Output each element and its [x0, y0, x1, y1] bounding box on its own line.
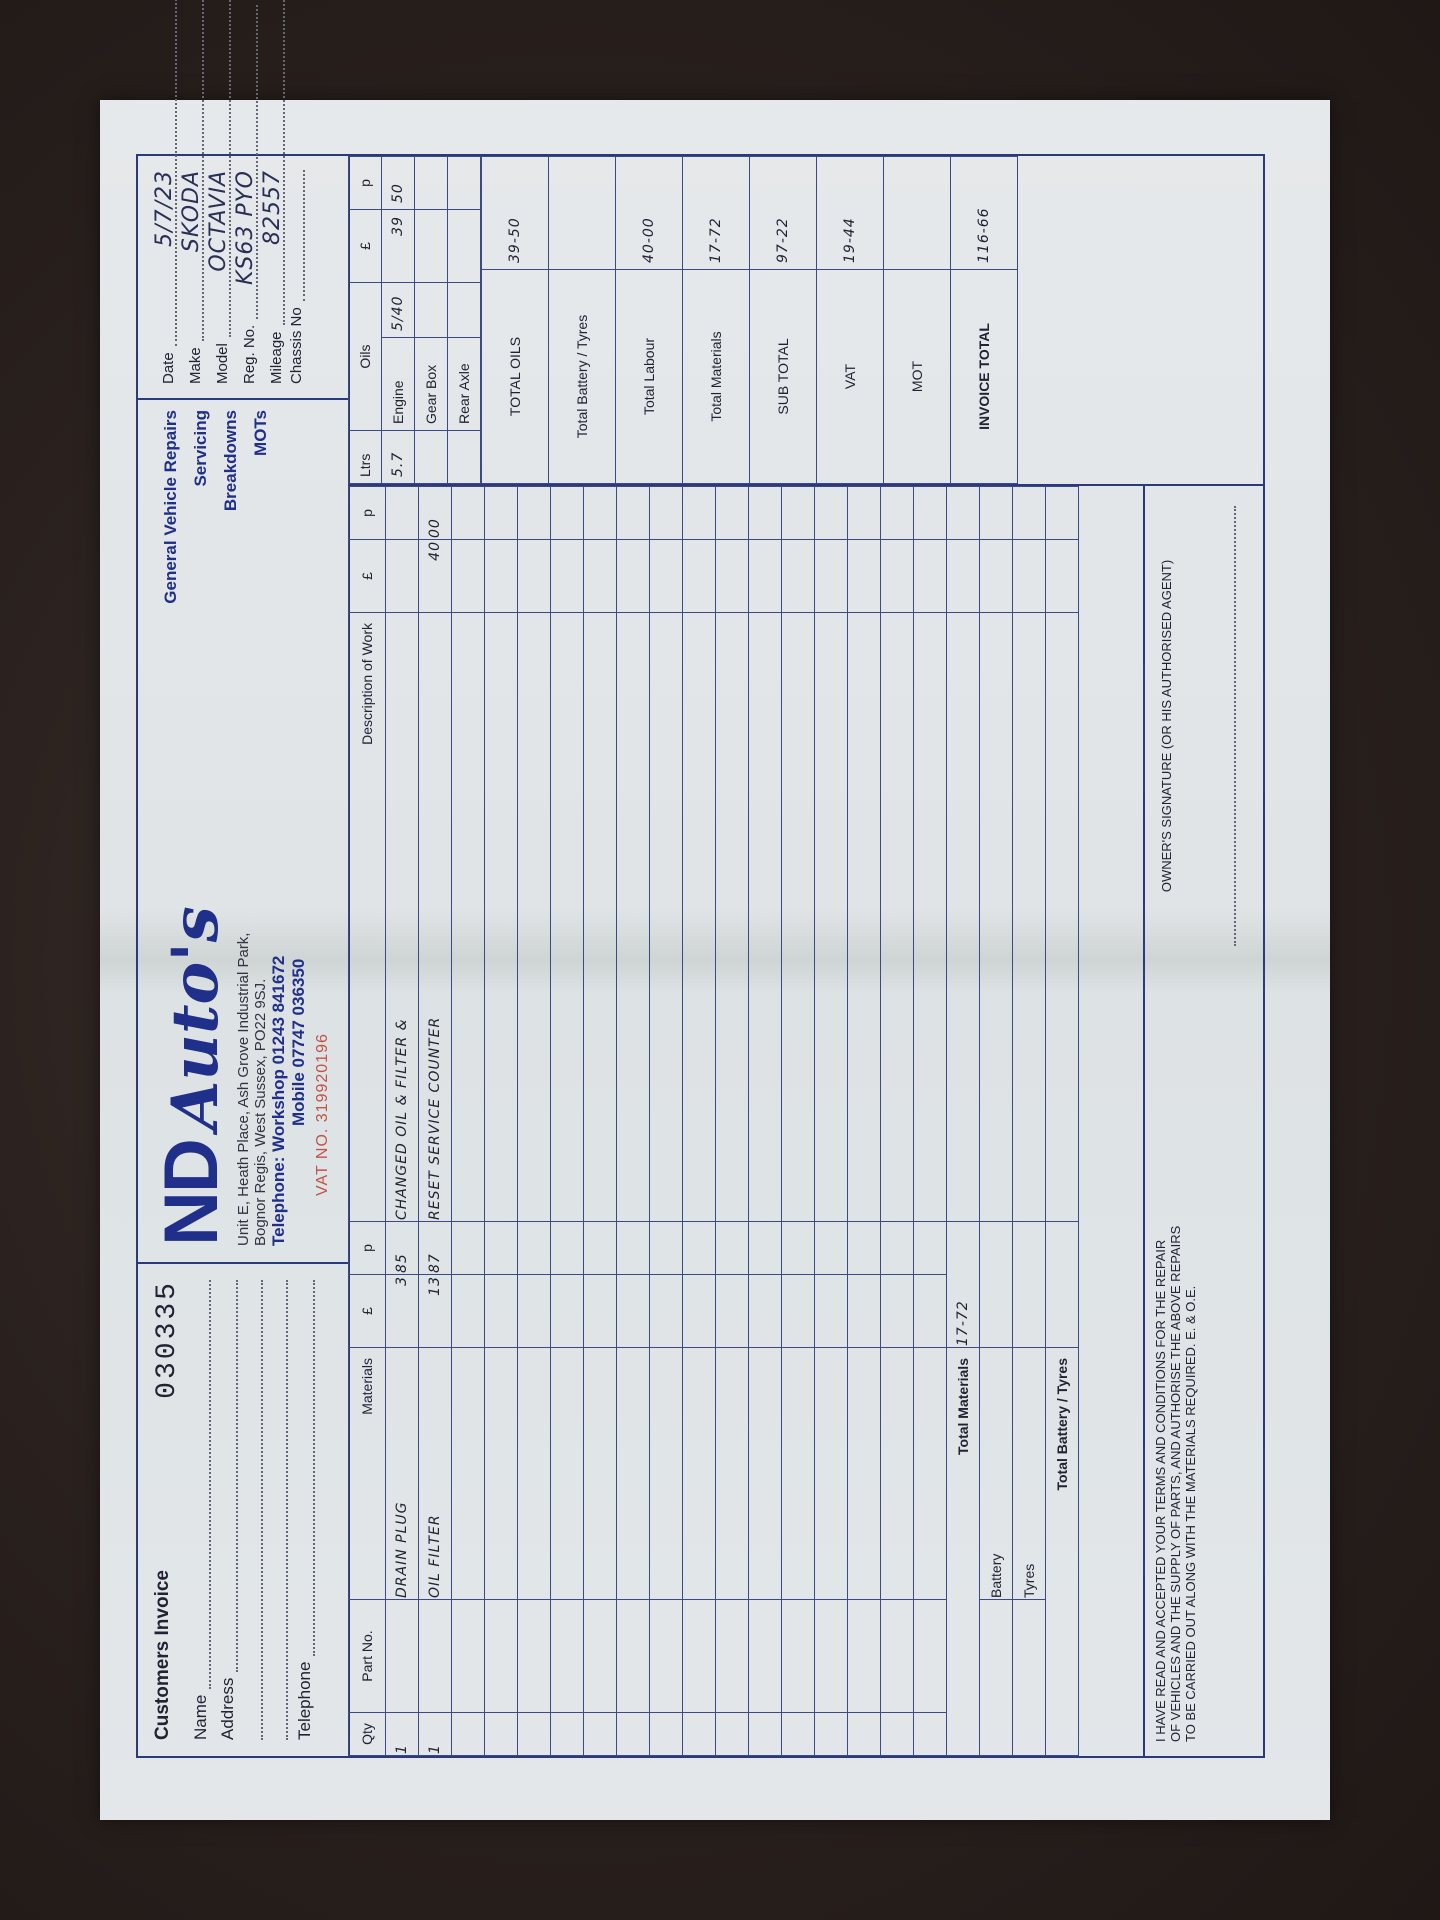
tyres-label: Tyres — [1013, 1348, 1046, 1600]
logo-nd: ND — [149, 1140, 234, 1246]
work-desc-cell: CHANGED OIL & FILTER & — [386, 613, 419, 1222]
oil-grade: 5/40 — [382, 283, 415, 338]
date-value: 5/7/23 — [152, 170, 177, 247]
totals-row: Total Battery / Tyres — [549, 157, 616, 484]
mileage-label: Mileage — [268, 331, 285, 384]
oil-label: Engine — [382, 338, 415, 431]
chassis-label: Chassis No — [288, 307, 305, 384]
materials-work-table: Qty Part No. Materials £ p Description o… — [348, 486, 1079, 1756]
reg-label: Reg. No. — [241, 325, 258, 384]
invoice-title: Customers Invoice — [152, 1570, 183, 1740]
invoice-header: Customers Invoice 030335 Name Address Te… — [138, 156, 350, 1756]
company-address-1: Unit E, Heath Place, Ash Grove Industria… — [235, 726, 252, 1246]
address-field-line2 — [245, 1280, 263, 1740]
oil-pence: 50 — [382, 157, 415, 210]
invoice-number: 030335 — [152, 1280, 183, 1399]
qty-cell: 1 — [419, 1713, 452, 1756]
oil-row-engine: 5.7 Engine 5/40 39 50 — [382, 157, 415, 484]
part-no-cell — [419, 1600, 452, 1713]
litres-header: Ltrs — [349, 431, 382, 484]
materials-header: Materials — [349, 1348, 386, 1600]
address-field-line3 — [270, 1280, 288, 1740]
company-mobile: Mobile 07747 036350 — [289, 726, 309, 1246]
oils-pence-header: p — [349, 157, 382, 210]
total-battery-tyres-label: Total Battery / Tyres — [1046, 1348, 1079, 1756]
signature-label: OWNER'S SIGNATURE (OR HIS AUTHORISED AGE… — [1159, 506, 1174, 946]
work-pence-cell: 00 — [419, 487, 452, 540]
part-no-header: Part No. — [349, 1600, 386, 1713]
name-label: Name — [191, 1695, 211, 1740]
reg-value: KS63 PYO — [233, 170, 258, 285]
battery-label: Battery — [980, 1348, 1013, 1600]
work-pounds-header: £ — [349, 540, 386, 613]
total-value — [549, 157, 616, 270]
service-item: General Vehicle Repairs — [156, 410, 186, 700]
work-pence-cell — [386, 487, 419, 540]
address-label: Address — [218, 1678, 238, 1740]
total-value: 40-00 — [616, 157, 683, 270]
service-item: Breakdowns — [216, 410, 246, 700]
total-label: Total Materials — [683, 270, 750, 484]
model-value: OCTAVIA — [206, 170, 231, 272]
make-value: SKODA — [179, 170, 204, 252]
total-label: Total Battery / Tyres — [549, 270, 616, 484]
oil-pounds: 39 — [382, 210, 415, 283]
total-value: 97-22 — [750, 157, 817, 270]
company-telephone: Telephone: Workshop 01243 841672 — [269, 726, 289, 1246]
service-item: Servicing — [186, 410, 216, 700]
total-oils-value: 39-50 — [482, 157, 549, 270]
signature-line — [1234, 506, 1236, 946]
totals-row: SUB TOTAL97-22 — [750, 157, 817, 484]
oil-label: Rear Axle — [448, 338, 481, 431]
total-value: 19-44 — [817, 157, 884, 270]
oils-pounds-header: £ — [349, 210, 382, 283]
totals-row: Total Labour40-00 — [616, 157, 683, 484]
table-row: 1 DRAIN PLUG 3 85 CHANGED OIL & FILTER & — [386, 487, 419, 1756]
total-materials-row: Total Materials 17-72 — [947, 487, 980, 1756]
oil-row-rear-axle: Rear Axle — [448, 157, 481, 484]
total-oils-row: TOTAL OILS39-50 — [482, 157, 549, 484]
invoice-frame: Customers Invoice 030335 Name Address Te… — [136, 154, 1265, 1758]
work-description-header: Description of Work — [349, 613, 386, 1222]
oils-header: Oils — [349, 283, 382, 431]
material-desc-cell: OIL FILTER — [419, 1348, 452, 1600]
terms-footer: I HAVE READ AND ACCEPTED YOUR TERMS AND … — [1143, 486, 1263, 1756]
total-label: SUB TOTAL — [750, 270, 817, 484]
telephone-field — [297, 1280, 315, 1656]
total-oils-label: TOTAL OILS — [482, 270, 549, 484]
invoice-total-row: INVOICE TOTAL116-66 — [951, 157, 1018, 484]
total-materials-value: 17-72 — [947, 1222, 980, 1348]
table-row: 1 OIL FILTER 13 87 RESET SERVICE COUNTER… — [419, 487, 452, 1756]
totals-row: VAT19-44 — [817, 157, 884, 484]
work-pounds-cell: 40 — [419, 540, 452, 613]
part-no-cell — [386, 1600, 419, 1713]
work-pounds-cell — [386, 540, 419, 613]
oil-row-gearbox: Gear Box — [415, 157, 448, 484]
services-list: General Vehicle Repairs Servicing Breakd… — [138, 398, 348, 710]
qty-cell: 1 — [386, 1713, 419, 1756]
totals-table: TOTAL OILS39-50 Total Battery / Tyres To… — [481, 156, 1018, 484]
material-pence-cell: 87 — [419, 1222, 452, 1275]
telephone-label: Telephone — [295, 1662, 315, 1740]
vat-number-stamp: VAT NO. 319920196 — [314, 1033, 332, 1196]
invoice-total-label: INVOICE TOTAL — [951, 270, 1018, 484]
total-value — [884, 157, 951, 270]
oil-litres-cell: 5.7 — [382, 431, 415, 484]
oil-label: Gear Box — [415, 338, 448, 431]
address-field — [220, 1280, 238, 1672]
customer-section: Customers Invoice 030335 Name Address Te… — [138, 1262, 348, 1756]
model-label: Model — [214, 343, 231, 384]
make-label: Make — [187, 347, 204, 384]
total-materials-label: Total Materials — [947, 1348, 980, 1756]
totals-row: MOT — [884, 157, 951, 484]
items-grid: Qty Part No. Materials £ p Description o… — [348, 486, 1143, 1756]
company-address-2: Bognor Regis, West Sussex, PO22 9SJ. — [252, 726, 269, 1246]
signature-block: OWNER'S SIGNATURE (OR HIS AUTHORISED AGE… — [1159, 506, 1236, 946]
totals-row: Total Materials17-72 — [683, 157, 750, 484]
work-pence-header: p — [349, 487, 386, 540]
material-pence-cell: 85 — [386, 1222, 419, 1275]
totals-column: Ltrs Oils £ p 5.7 Engine 5/40 39 50 Gear… — [348, 156, 1263, 486]
total-label: MOT — [884, 270, 951, 484]
logo-autos: Auto's — [158, 906, 233, 1130]
oils-table: Ltrs Oils £ p 5.7 Engine 5/40 39 50 Gear… — [348, 156, 481, 484]
material-desc-cell: DRAIN PLUG — [386, 1348, 419, 1600]
invoice-paper: Customers Invoice 030335 Name Address Te… — [100, 100, 1330, 1820]
total-label: VAT — [817, 270, 884, 484]
service-item: MOTs — [246, 410, 276, 700]
qty-header: Qty — [349, 1713, 386, 1756]
material-pounds-cell: 3 — [386, 1275, 419, 1348]
material-pounds-cell: 13 — [419, 1275, 452, 1348]
date-label: Date — [160, 352, 177, 384]
vehicle-details: Date5/7/23 MakeSKODA ModelOCTAVIA Reg. N… — [138, 156, 348, 398]
materials-pence-header: p — [349, 1222, 386, 1275]
total-label: Total Labour — [616, 270, 683, 484]
name-field — [193, 1280, 211, 1689]
work-desc-cell: RESET SERVICE COUNTER — [419, 613, 452, 1222]
materials-pounds-header: £ — [349, 1275, 386, 1348]
mileage-value: 82557 — [260, 170, 285, 245]
total-value: 17-72 — [683, 157, 750, 270]
invoice-total-value: 116-66 — [951, 157, 1018, 270]
